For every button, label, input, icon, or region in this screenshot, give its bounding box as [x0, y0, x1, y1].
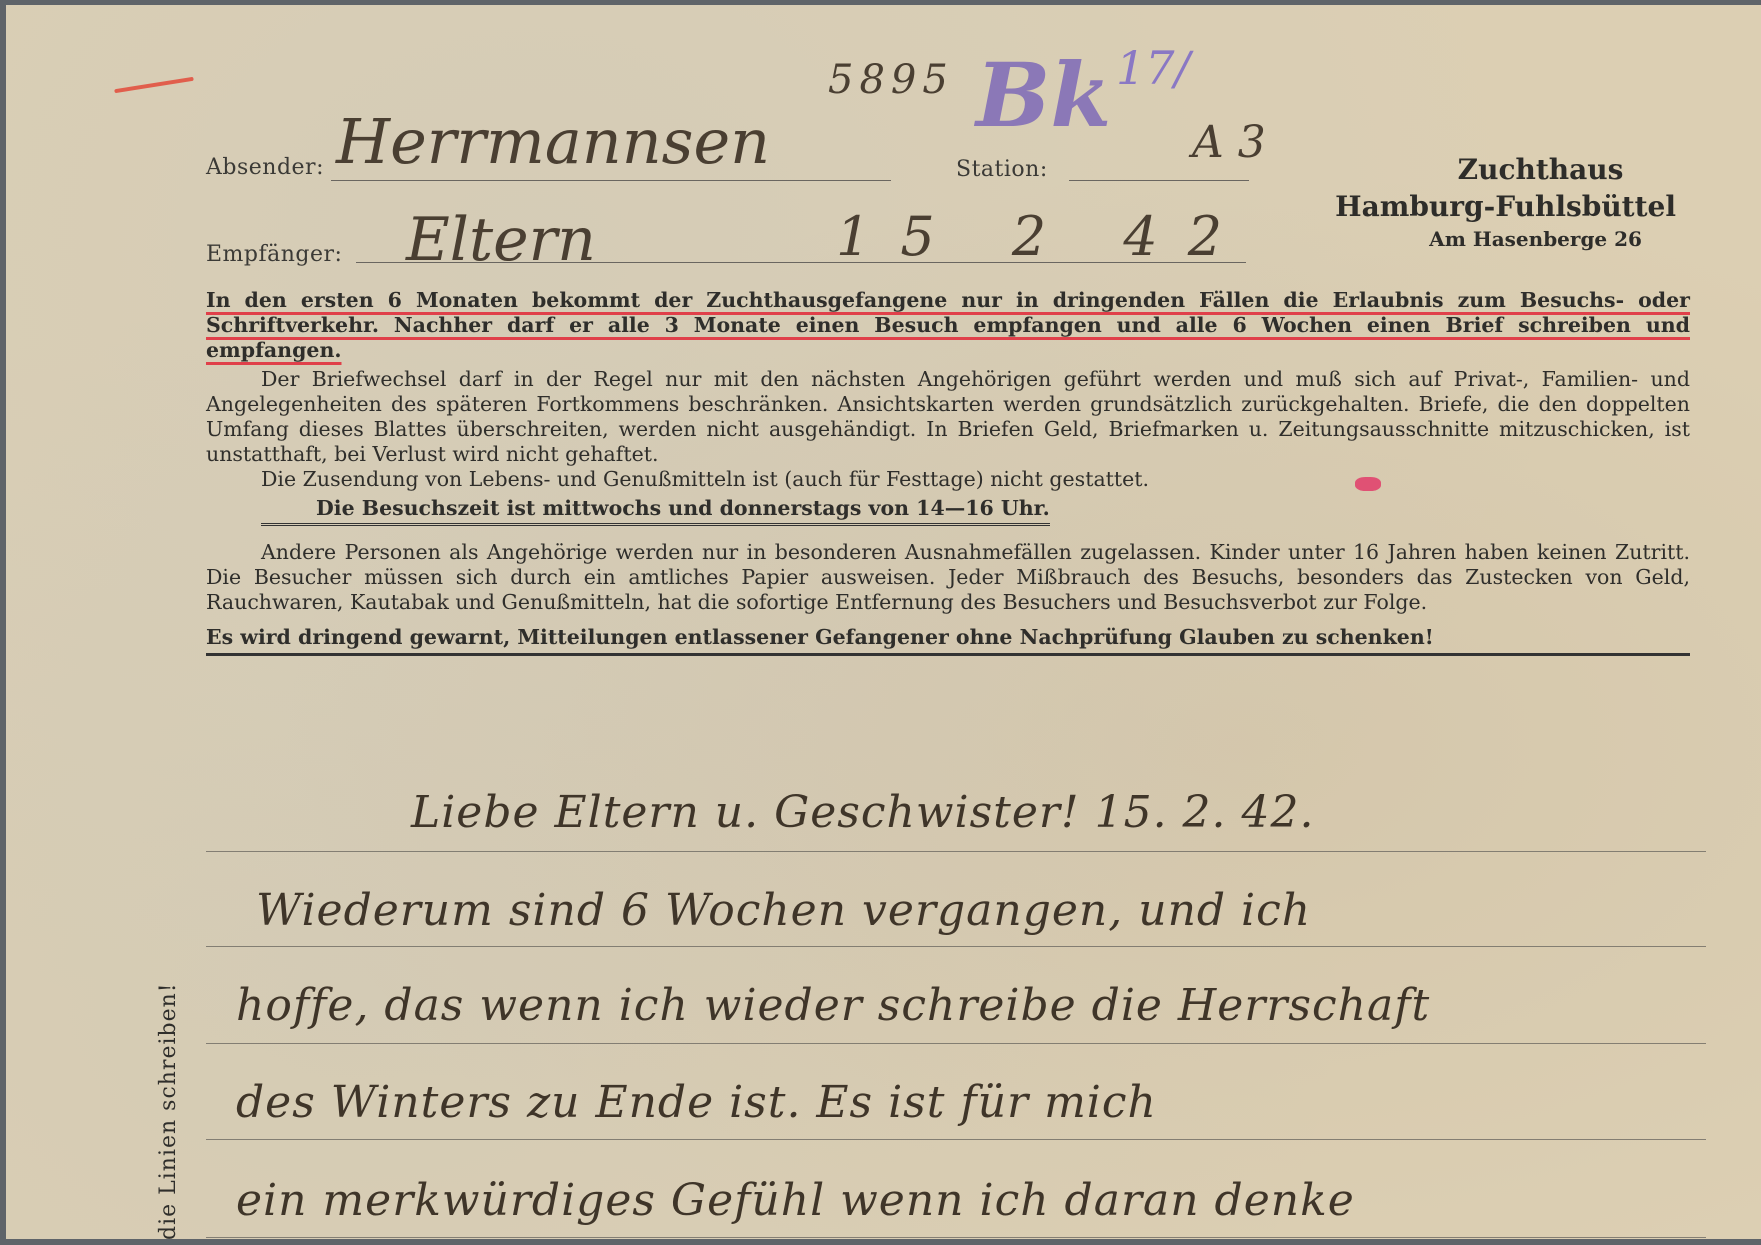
rules-paragraph-2: Der Briefwechsel darf in der Regel nur m… — [206, 367, 1690, 467]
ruled-line — [206, 1237, 1706, 1238]
station-line — [1069, 180, 1249, 181]
censor-mark: 17/ — [1116, 41, 1190, 95]
station-value: A 3 — [1192, 117, 1266, 168]
letter-line: Wiederum sind 6 Wochen vergangen, und ic… — [256, 885, 1311, 936]
rules-paragraph-5: Andere Personen als Angehörige werden nu… — [206, 540, 1690, 615]
recipient-line — [356, 262, 1246, 263]
ruled-line — [206, 1043, 1706, 1044]
institution-name: Zuchthaus — [1405, 153, 1676, 186]
warning-notice: Es wird dringend gewarnt, Mitteilungen e… — [206, 625, 1690, 656]
letter-line: hoffe, das wenn ich wieder schreibe die … — [236, 980, 1430, 1031]
letter-line: ein merkwürdiges Gefühl wenn ich daran d… — [236, 1175, 1355, 1226]
station-label: Station: — [956, 157, 1048, 182]
letter-salutation: Liebe Eltern u. Geschwister! 15. 2. 42. — [411, 787, 1315, 838]
rules-paragraph-1: In den ersten 6 Monaten bekommt der Zuch… — [206, 288, 1690, 363]
institution-address: Zuchthaus Hamburg-Fuhlsbüttel Am Hasenbe… — [1335, 153, 1676, 251]
ruled-line — [206, 1139, 1706, 1140]
recipient-value: Eltern — [406, 205, 596, 275]
margin-note: die Linien schreiben! — [156, 982, 181, 1239]
registration-number: 5895 — [828, 57, 954, 103]
sender-value: Herrmannsen — [336, 105, 770, 178]
red-pencil-mark — [114, 77, 194, 93]
sender-label: Absender: — [206, 155, 324, 180]
ruled-line — [206, 851, 1706, 852]
institution-street: Am Hasenberge 26 — [1395, 227, 1676, 251]
prison-rules: In den ersten 6 Monaten bekommt der Zuch… — [206, 288, 1690, 656]
recipient-label: Empfänger: — [206, 242, 342, 267]
letter-sheet: 5895 Bk 17/ Absender: Herrmannsen Statio… — [6, 5, 1761, 1239]
ruled-line — [206, 946, 1706, 947]
institution-location: Hamburg-Fuhlsbüttel — [1335, 190, 1676, 223]
red-ink-blot — [1355, 477, 1381, 491]
visiting-hours: Die Besuchszeit ist mittwochs und donner… — [261, 496, 1050, 526]
recipient-date: 15 2 42 — [836, 205, 1252, 268]
sender-line — [331, 180, 891, 181]
letter-line: des Winters zu Ende ist. Es ist für mich — [236, 1077, 1157, 1128]
censor-stamp: Bk — [976, 43, 1111, 147]
rules-paragraph-3: Die Zusendung von Lebens- und Genußmitte… — [206, 467, 1690, 492]
